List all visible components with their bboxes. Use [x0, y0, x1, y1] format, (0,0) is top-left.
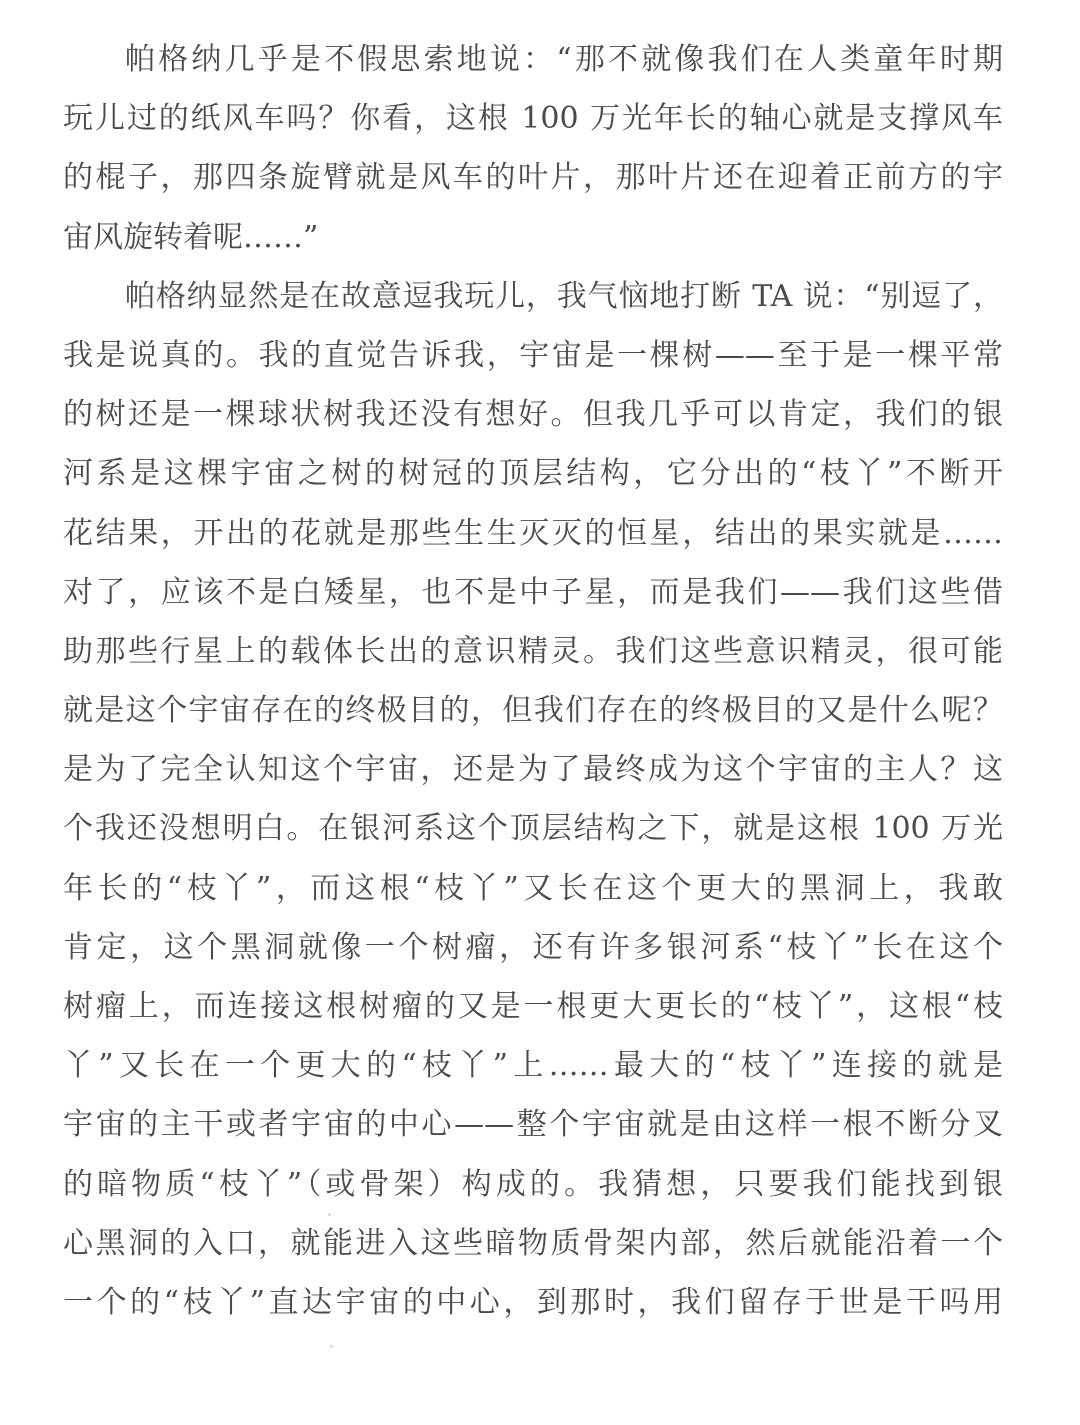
paragraph-2: 帕格纳显然是在故意逗我玩儿，我气恼地打断 TA 说：“别逗了， 我是说真的。我的…	[63, 267, 1003, 1332]
text-line: 玩儿过的纸风车吗？你看，这根 100 万光年长的轴心就是支撑风车	[63, 89, 1003, 148]
scan-speck	[328, 1213, 331, 1216]
text-line: 帕格纳几乎是不假思索地说：“那不就像我们在人类童年时期	[63, 30, 1003, 89]
text-line: 花结果，开出的花就是那些生生灭灭的恒星，结出的果实就是……	[63, 504, 1003, 563]
document-page: 帕格纳几乎是不假思索地说：“那不就像我们在人类童年时期 玩儿过的纸风车吗？你看，…	[63, 30, 1003, 1332]
text-line: 我是说真的。我的直觉告诉我，宇宙是一棵树——至于是一棵平常	[63, 326, 1003, 385]
text-line: 对了，应该不是白矮星，也不是中子星，而是我们——我们这些借	[63, 563, 1003, 622]
scan-speck	[330, 1345, 333, 1348]
text-line: 河系是这棵宇宙之树的树冠的顶层结构，它分出的“枝丫”不断开	[63, 444, 1003, 503]
text-line: 肯定，这个黑洞就像一个树瘤，还有许多银河系“枝丫”长在这个	[63, 918, 1003, 977]
text-line: 帕格纳显然是在故意逗我玩儿，我气恼地打断 TA 说：“别逗了，	[63, 267, 1003, 326]
text-line: 年长的“枝丫”，而这根“枝丫”又长在这个更大的黑洞上，我敢	[63, 859, 1003, 918]
text-line: 丫”又长在一个更大的“枝丫”上……最大的“枝丫”连接的就是	[63, 1036, 1003, 1095]
text-line: 个我还没想明白。在银河系这个顶层结构之下，就是这根 100 万光	[63, 799, 1003, 858]
text-line: 的暗物质“枝丫”（或骨架）构成的。我猜想，只要我们能找到银	[63, 1155, 1003, 1214]
paragraph-1: 帕格纳几乎是不假思索地说：“那不就像我们在人类童年时期 玩儿过的纸风车吗？你看，…	[63, 30, 1003, 267]
text-line: 助那些行星上的载体长出的意识精灵。我们这些意识精灵，很可能	[63, 622, 1003, 681]
text-line: 的树还是一棵球状树我还没有想好。但我几乎可以肯定，我们的银	[63, 385, 1003, 444]
text-line: 树瘤上，而连接这根树瘤的又是一根更大更长的“枝丫”，这根“枝	[63, 977, 1003, 1036]
text-line: 心黑洞的入口，就能进入这些暗物质骨架内部，然后就能沿着一个	[63, 1214, 1003, 1273]
text-line: 宙风旋转着呢……”	[63, 208, 1003, 267]
text-line: 是为了完全认知这个宇宙，还是为了最终成为这个宇宙的主人？这	[63, 740, 1003, 799]
text-line: 一个的“枝丫”直达宇宙的中心，到那时，我们留存于世是干吗用	[63, 1273, 1003, 1332]
text-line: 的棍子，那四条旋臂就是风车的叶片，那叶片还在迎着正前方的宇	[63, 148, 1003, 207]
text-line: 就是这个宇宙存在的终极目的，但我们存在的终极目的又是什么呢？	[63, 681, 1003, 740]
text-line: 宇宙的主干或者宇宙的中心——整个宇宙就是由这样一根不断分叉	[63, 1095, 1003, 1154]
